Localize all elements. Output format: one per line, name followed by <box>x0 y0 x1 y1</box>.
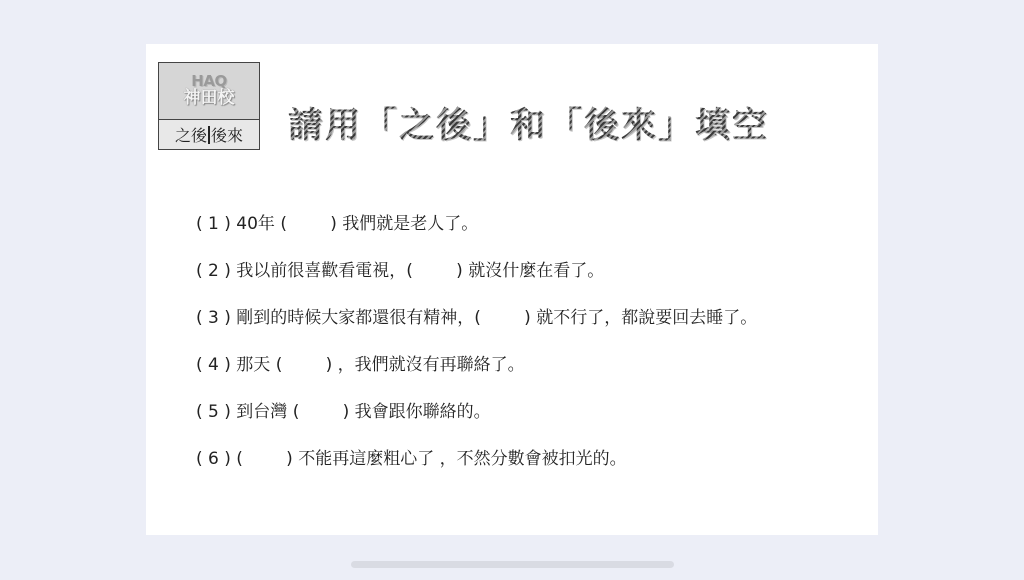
question-text: 我以前很喜歡看電視，( ) 就沒什麼在看了。 <box>236 261 604 281</box>
question-text: 40年 ( ) 我們就是老人了。 <box>236 214 478 234</box>
question-item: ( 5 ) 到台灣 ( ) 我會跟你聯絡的。 <box>196 400 757 447</box>
question-text: 那天 ( ) ，我們就沒有再聯絡了。 <box>236 355 524 375</box>
logo-topic: 之後 後來 <box>159 120 259 149</box>
question-number: ( 3 ) <box>196 308 231 328</box>
logo-topic-left: 之後 <box>175 123 207 146</box>
question-number: ( 4 ) <box>196 355 231 375</box>
logo-topic-right: 後來 <box>211 123 243 146</box>
question-number: ( 1 ) <box>196 214 231 234</box>
logo-divider <box>208 126 210 144</box>
question-item: ( 4 ) 那天 ( ) ，我們就沒有再聯絡了。 <box>196 353 757 400</box>
logo-school: 神田校 <box>184 90 235 108</box>
question-number: ( 6 ) <box>196 449 231 469</box>
question-list: ( 1 ) 40年 ( ) 我們就是老人了。 ( 2 ) 我以前很喜歡看電視，(… <box>196 212 757 494</box>
slide-title: 請用「之後」和「後來」填空 <box>288 98 769 148</box>
home-indicator[interactable] <box>351 561 674 568</box>
question-number: ( 2 ) <box>196 261 231 281</box>
question-number: ( 5 ) <box>196 402 231 422</box>
question-item: ( 6 ) ( ) 不能再這麼粗心了 ，不然分數會被扣光的。 <box>196 447 757 494</box>
question-text: ( ) 不能再這麼粗心了 ，不然分數會被扣光的。 <box>236 449 626 469</box>
question-text: 到台灣 ( ) 我會跟你聯絡的。 <box>236 402 490 422</box>
logo-box: HAQ 神田校 之後 後來 <box>158 62 260 150</box>
slide: HAQ 神田校 之後 後來 請用「之後」和「後來」填空 ( 1 ) 40年 ( … <box>146 44 878 535</box>
question-item: ( 3 ) 剛到的時候大家都還很有精神，( ) 就不行了，都說要回去睡了。 <box>196 306 757 353</box>
question-item: ( 2 ) 我以前很喜歡看電視，( ) 就沒什麼在看了。 <box>196 259 757 306</box>
question-text: 剛到的時候大家都還很有精神，( ) 就不行了，都說要回去睡了。 <box>236 308 757 328</box>
logo-brand-area: HAQ 神田校 <box>159 63 259 120</box>
question-item: ( 1 ) 40年 ( ) 我們就是老人了。 <box>196 212 757 259</box>
